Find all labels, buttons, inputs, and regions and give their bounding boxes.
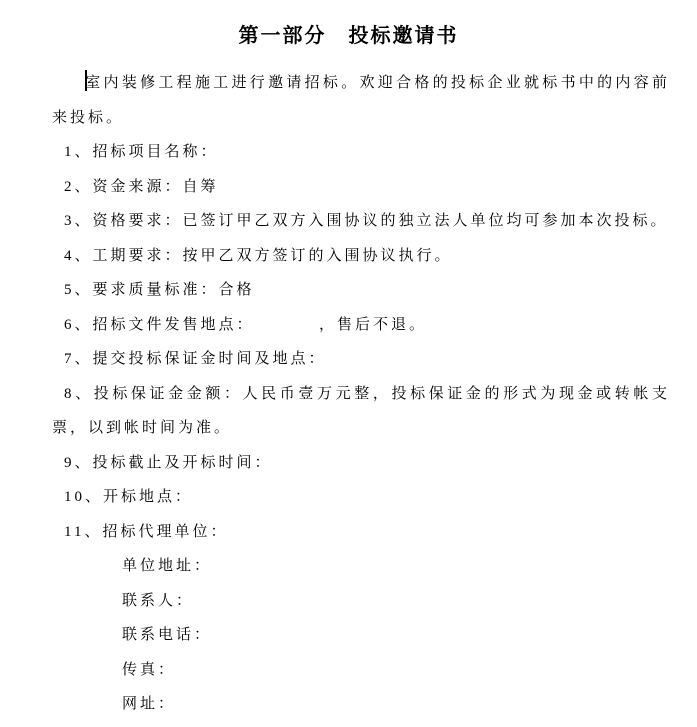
list-item-3[interactable]: 3、资格要求：已签订甲乙双方入围协议的独立法人单位均可参加本次投标。: [52, 204, 670, 239]
agency-field-address[interactable]: 单位地址：: [122, 549, 670, 584]
agency-field-phone[interactable]: 联系电话：: [122, 618, 670, 653]
document-body[interactable]: 室内装修工程施工进行邀请招标。欢迎合格的投标企业就标书中的内容前来投标。 1、招…: [52, 66, 670, 722]
list-item-2[interactable]: 2、资金来源：自筹: [52, 170, 670, 205]
list-item-5[interactable]: 5、要求质量标准：合格: [52, 273, 670, 308]
list-item-8[interactable]: 8、投标保证金金额：人民币壹万元整，投标保证金的形式为现金或转帐支票，以到帐时间…: [52, 377, 670, 446]
list-item-4[interactable]: 4、工期要求：按甲乙双方签订的入围协议执行。: [52, 239, 670, 274]
list-item-11[interactable]: 11、招标代理单位：: [52, 515, 670, 550]
list-item-7[interactable]: 7、提交投标保证金时间及地点：: [52, 342, 670, 377]
list-item-9[interactable]: 9、投标截止及开标时间：: [52, 446, 670, 481]
list-item-6[interactable]: 6、招标文件发售地点： ，售后不退。: [52, 308, 670, 343]
opening-paragraph-text: 室内装修工程施工进行邀请招标。欢迎合格的投标企业就标书中的内容前来投标。: [52, 75, 670, 126]
list-item-10[interactable]: 10、开标地点：: [52, 480, 670, 515]
document-page: 第一部分 投标邀请书 室内装修工程施工进行邀请招标。欢迎合格的投标企业就标书中的…: [0, 0, 697, 727]
agency-field-website[interactable]: 网址：: [122, 687, 670, 722]
list-item-1[interactable]: 1、招标项目名称：: [52, 135, 670, 170]
page-title[interactable]: 第一部分 投标邀请书: [0, 22, 697, 50]
agency-field-contact[interactable]: 联系人：: [122, 584, 670, 619]
agency-field-fax[interactable]: 传真：: [122, 653, 670, 688]
opening-paragraph[interactable]: 室内装修工程施工进行邀请招标。欢迎合格的投标企业就标书中的内容前来投标。: [52, 66, 670, 135]
